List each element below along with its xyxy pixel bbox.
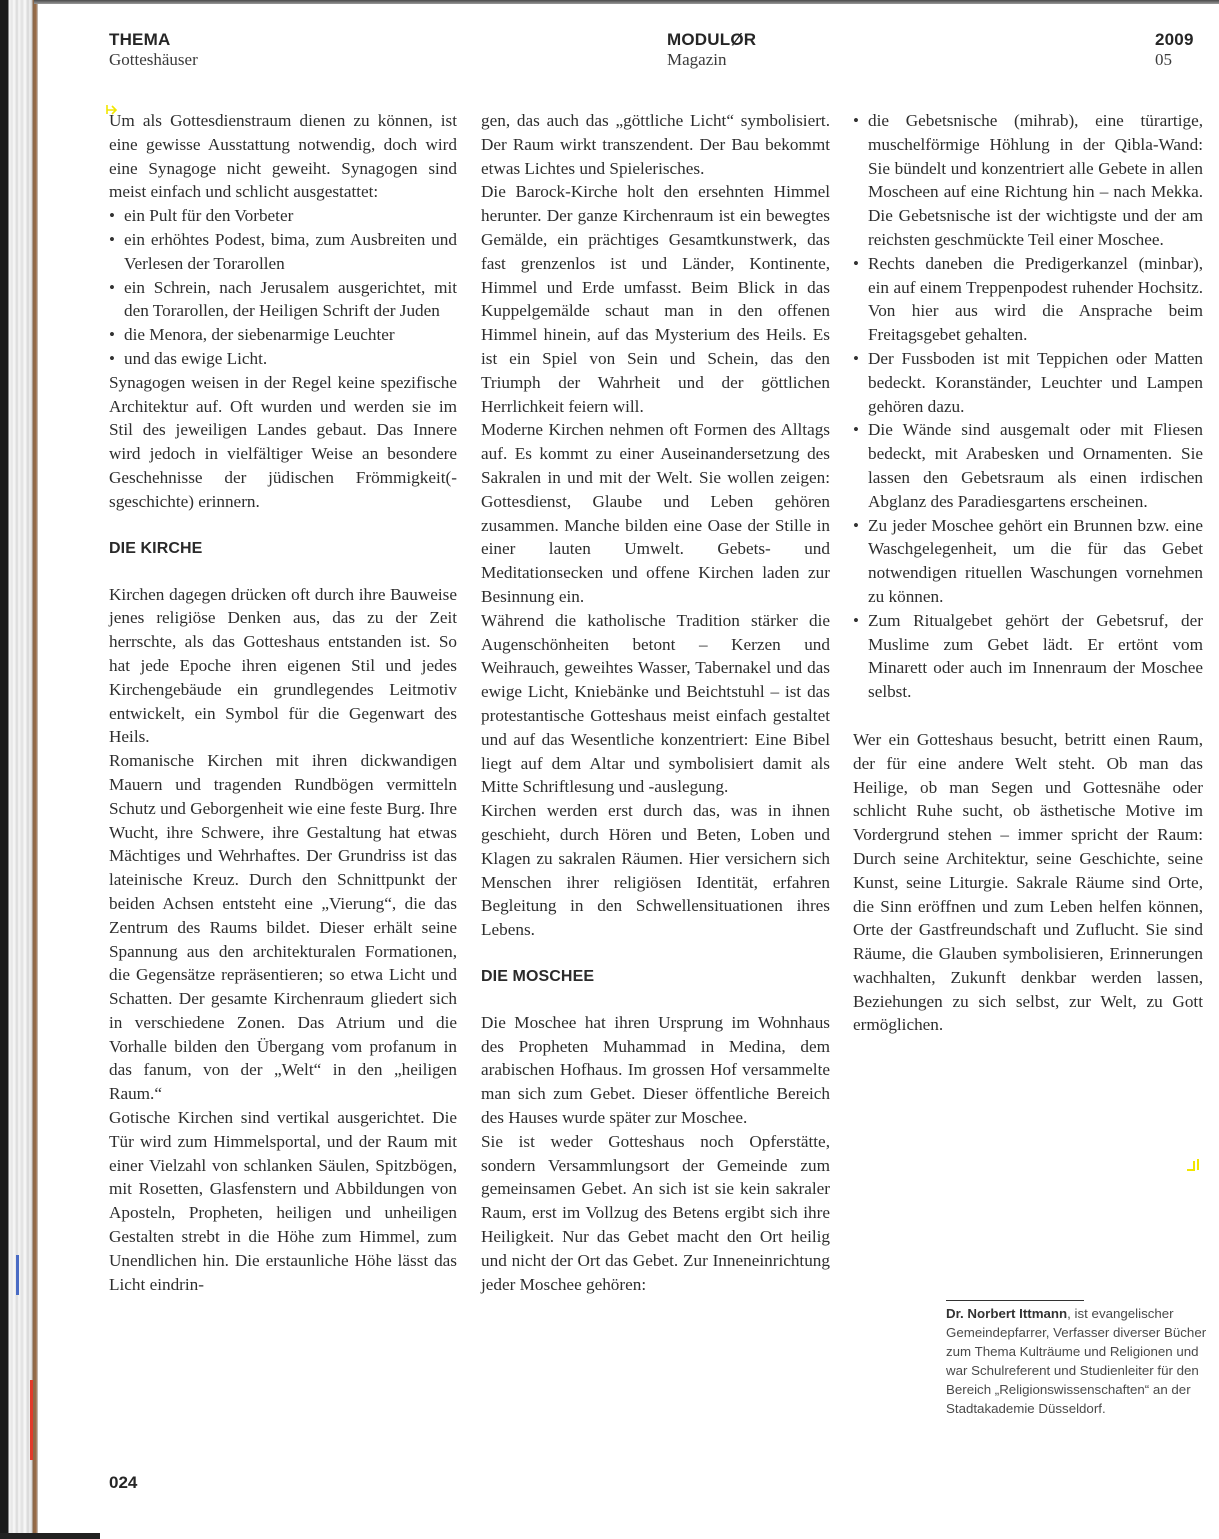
yellow-end-mark-icon [1186, 1158, 1202, 1172]
list-item: Die Wände sind ausgemalt oder mit Fliese… [853, 418, 1203, 513]
list-item: Zu jeder Moschee gehört ein Brunnen bzw.… [853, 514, 1203, 609]
bottom-edge-shadow [0, 1533, 100, 1539]
list-item: und das ewige Licht. [109, 347, 457, 371]
paragraph: Romanische Kirchen mit ihren dickwandige… [109, 749, 457, 1106]
author-bio: Dr. Norbert Ittmann, ist evangelischer G… [946, 1300, 1216, 1418]
mosque-furnishings-list: die Gebetsnische (mihrab), eine türartig… [853, 109, 1203, 704]
page-edge-stack [0, 0, 38, 1539]
top-edge-shadow [34, 0, 1219, 4]
header-issue: 2009 05 [1155, 30, 1194, 69]
synagogue-furnishings-list: ein Pult für den Vorbeter ein erhöhtes P… [109, 204, 457, 371]
paragraph: Die Barock-Kirche holt den ersehnten Him… [481, 180, 830, 418]
paragraph: Kirchen werden erst durch das, was in ih… [481, 799, 830, 942]
paragraph: gen, das auch das „göttliche Licht“ symb… [481, 109, 830, 180]
article-column-1: Um als Gottesdienstraum dienen zu können… [109, 109, 457, 1296]
spacer [853, 704, 1203, 728]
list-item: Zum Ritualgebet gehört der Gebetsruf, de… [853, 609, 1203, 704]
intro-paragraph: Um als Gottesdienstraum dienen zu können… [109, 109, 457, 204]
paragraph: Die Moschee hat ihren Ursprung im Wohnha… [481, 1011, 830, 1130]
section-heading-moschee: DIE MOSCHEE [481, 965, 830, 989]
page-number: 024 [109, 1473, 137, 1493]
paragraph: Synagogen weisen in der Regel keine spez… [109, 371, 457, 514]
magazine-name: MODULØR [667, 30, 756, 50]
list-item: ein Schrein, nach Jerusalem ausgerichtet… [109, 276, 457, 324]
article-column-2: gen, das auch das „göttliche Licht“ symb… [481, 109, 830, 1296]
list-item: die Menora, der siebenarmige Leuchter [109, 323, 457, 347]
header-section-label: THEMA [109, 30, 198, 50]
paragraph: Kirchen dagegen drücken oft durch ihre B… [109, 583, 457, 750]
section-heading-kirche: DIE KIRCHE [109, 537, 457, 561]
list-item: Der Fussboden ist mit Teppichen oder Mat… [853, 347, 1203, 418]
list-item: ein Pult für den Vorbeter [109, 204, 457, 228]
author-name: Dr. Norbert Ittmann [946, 1306, 1067, 1321]
magazine-subtitle: Magazin [667, 50, 756, 70]
paragraph: Gotische Kirchen sind vertikal ausgerich… [109, 1106, 457, 1296]
page-edge-tab-red [30, 1380, 33, 1460]
paragraph: Während die katholische Tradition stärke… [481, 609, 830, 799]
paragraph: Sie ist weder Gotteshaus noch Opferstätt… [481, 1130, 830, 1297]
bio-divider [946, 1300, 1084, 1301]
list-item: Rechts daneben die Predigerkanzel (minba… [853, 252, 1203, 347]
issue-number: 05 [1155, 50, 1194, 70]
author-description: , ist evangelischer Gemeindepfarrer, Ver… [946, 1306, 1206, 1416]
header-section-title: Gotteshäuser [109, 50, 198, 70]
list-item: die Gebetsnische (mihrab), eine türartig… [853, 109, 1203, 252]
list-item: ein erhöhtes Podest, bima, zum Ausbreite… [109, 228, 457, 276]
header-section: THEMA Gotteshäuser [109, 30, 198, 69]
closing-paragraph: Wer ein Gotteshaus besucht, betritt eine… [853, 728, 1203, 1037]
page-edge-tab-blue [16, 1255, 19, 1295]
issue-year: 2009 [1155, 30, 1194, 50]
header-magazine: MODULØR Magazin [667, 30, 756, 69]
article-column-3: die Gebetsnische (mihrab), eine türartig… [853, 109, 1203, 1037]
paragraph: Moderne Kirchen nehmen oft Formen des Al… [481, 418, 830, 608]
